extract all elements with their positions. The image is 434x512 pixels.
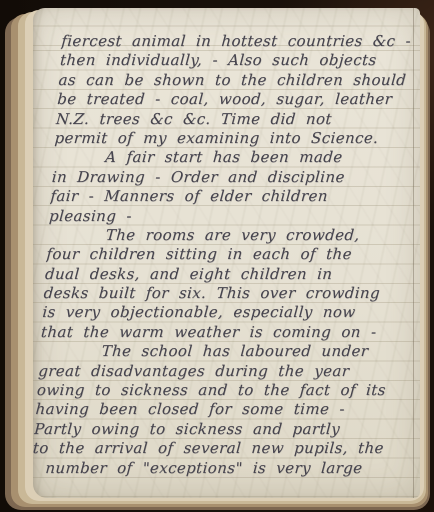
- handwriting-line: in Drawing - Order and discipline: [51, 168, 405, 187]
- journal-page: fiercest animal in hottest countries &c …: [33, 8, 420, 498]
- handwriting-text: as can be shown to the children should: [58, 71, 407, 89]
- handwriting-text: then individually, - Also such objects: [59, 51, 377, 69]
- handwriting-line: permit of my examining into Science.: [54, 129, 408, 148]
- handwriting-text: dual desks, and eight children in: [44, 265, 333, 283]
- handwriting-line: great disadvantages during the year: [38, 362, 392, 381]
- handwriting-text: fiercest animal in hottest countries &c …: [61, 32, 412, 50]
- handwriting-text: that the warm weather is coming on -: [40, 323, 377, 341]
- handwriting-line: A fair start has been made: [53, 148, 407, 167]
- handwriting-text: number of "exceptions" is very large: [45, 459, 363, 477]
- handwriting-text: four children sitting in each of the: [46, 245, 353, 263]
- handwriting-text: is very objectionable, especially now: [42, 303, 356, 321]
- handwriting-line: desks built for six. This over crowding: [43, 284, 397, 303]
- handwriting-line: fair - Manners of elder children: [50, 187, 404, 206]
- handwriting-line: is very objectionable, especially now: [42, 303, 396, 322]
- handwriting-text: The rooms are very crowded,: [105, 226, 360, 244]
- handwriting-text: great disadvantages during the year: [38, 362, 350, 380]
- handwriting-line: be treated - coal, wood, sugar, leather: [57, 90, 411, 109]
- handwriting-line: fiercest animal in hottest countries &c …: [61, 32, 415, 51]
- handwriting-line: pleasing -: [48, 207, 402, 226]
- handwriting-text: Partly owing to sickness and partly: [34, 420, 341, 438]
- handwriting-line: that the warm weather is coming on -: [40, 323, 394, 342]
- handwriting-text: pleasing -: [49, 207, 133, 225]
- handwriting-line: to the arrival of several new pupils, th…: [33, 439, 387, 458]
- handwriting-line: then individually, - Also such objects: [59, 51, 413, 70]
- handwriting-line: *number of "exceptions" is very large: [33, 459, 385, 478]
- handwriting-line: N.Z. trees &c &c. Time did not: [55, 110, 409, 129]
- handwriting-line: four children sitting in each of the: [46, 245, 400, 264]
- handwriting-lines: fiercest animal in hottest countries &c …: [33, 32, 415, 478]
- handwriting-line: as can be shown to the children should: [58, 71, 412, 90]
- handwriting-line: having been closed for some time -: [35, 400, 389, 419]
- handwriting-text: to the arrival of several new pupils, th…: [33, 439, 385, 457]
- handwriting-text: be treated - coal, wood, sugar, leather: [57, 90, 393, 108]
- handwriting-line: dual desks, and eight children in: [44, 265, 398, 284]
- handwriting-line: owing to sickness and to the fact of its: [36, 381, 390, 400]
- handwriting-text: A fair start has been made: [105, 148, 344, 166]
- handwriting-line: The school has laboured under: [39, 342, 393, 361]
- handwriting-text: having been closed for some time -: [35, 400, 346, 418]
- handwriting-text: The school has laboured under: [101, 342, 369, 360]
- handwriting-text: in Drawing - Order and discipline: [51, 168, 345, 186]
- handwriting-text: permit of my examining into Science.: [54, 129, 379, 147]
- handwriting-text: desks built for six. This over crowding: [43, 284, 381, 302]
- handwriting-line: The rooms are very crowded,: [47, 226, 401, 245]
- handwriting-text: fair - Manners of elder children: [50, 187, 329, 205]
- handwriting-text: N.Z. trees &c &c. Time did not: [55, 110, 332, 128]
- page-edge-crease: [413, 8, 414, 498]
- handwriting-text: owing to sickness and to the fact of its: [36, 381, 386, 399]
- photographed-journal: fiercest animal in hottest countries &c …: [0, 0, 434, 512]
- handwriting-line: Partly owing to sickness and partly: [34, 420, 388, 439]
